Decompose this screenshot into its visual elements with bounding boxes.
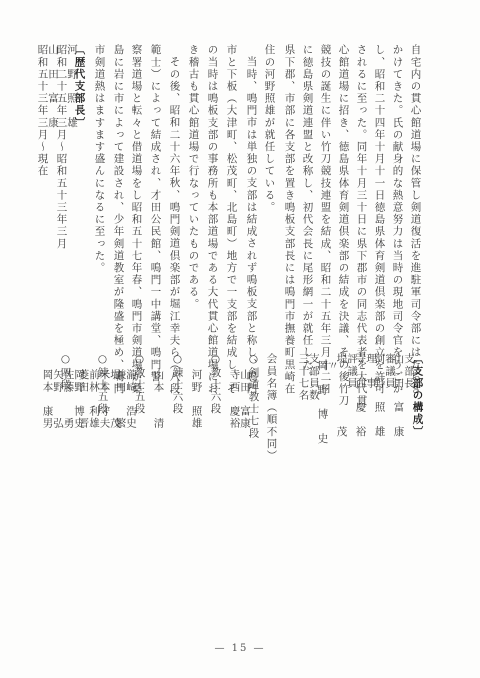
member-row: 山本 清 (153, 369, 164, 430)
history-line: 市と下板（大津町、松茂町、北島町）地方で一支部を結成し、そ (226, 44, 237, 395)
member-name: 岡野 博史 (74, 369, 85, 430)
member-name: 寺西 慶裕 (229, 369, 240, 452)
history-line: 市剣道熱はますます盛んになるに至った。 (94, 44, 105, 274)
history-line: 県下郡、市部に各支部を置き鳴板支部長には鳴門市撫養町黒崎在 (284, 44, 295, 395)
member-count: 支部員数 三十七名 (298, 353, 319, 419)
role-entry: 評議員 堤 茂 (336, 353, 357, 438)
role-label: 評議員 (347, 353, 358, 420)
past-head-name: 山 田 富 康 (48, 44, 59, 155)
history-line: 島に岩に市によって建設され、少年剣道教室が隆盛を極め、鳴門 (113, 44, 124, 395)
history-line: その後、昭和二十六年秋、鳴門剣道倶楽部が堀江幸夫ら（八段 (169, 56, 180, 395)
role-label: 審議員 (385, 353, 396, 420)
member-name: 堤 茂 (110, 369, 121, 430)
member-name: 米本 守夫 (99, 369, 110, 430)
past-head-entry: 河 野 照 雄 昭和二十五年三月〜昭和五十三年三月 (56, 44, 77, 250)
role-label: 支部長 (404, 353, 415, 420)
member-name: 河野 照雄 (191, 369, 202, 430)
history-line: 当時、鳴門市は単独の支部は結成されず鳴板支部と称し、鳴門 (246, 56, 257, 395)
member-name: 山本 清 (153, 369, 164, 430)
role-label: 理 事 (366, 353, 377, 420)
member-row: 河野 照雄 (191, 369, 202, 430)
history-line: 住の河野照雄が就任している。 (264, 44, 275, 213)
member-roster-heading: 会員名簿（順不同） (266, 353, 277, 462)
member-count-label: 支部員数 (309, 353, 320, 401)
rank-label: ○教士六段 (210, 353, 221, 415)
member-name: 前林 利雄 (89, 369, 100, 430)
member-row: 岡野 博史 佐藤 勇 矢野 弘 岡本 康男 (42, 369, 84, 452)
history-line: し、昭和二十四年十月十一日徳島県体育剣道倶楽部の創立を許可 (374, 44, 385, 395)
history-line: 察署道場と転々と借道場をし昭和五十七年春、鳴門市剣道場が桑 (131, 44, 142, 395)
member-name: 山田 富康 (240, 369, 251, 430)
history-line: かけてきた。氏の献身的な熱意努力は当時の現地司令官をうごか (392, 44, 403, 395)
history-line: 自宅内の貫心館道場に保管し剣道復活を進駐軍司令部にはたらき (410, 44, 421, 395)
member-name: 瀧崎 浩史 (126, 369, 137, 430)
member-name: 矢野 弘 (53, 369, 64, 430)
member-row: 山田 富康 寺西 慶裕 (229, 369, 250, 452)
history-line: き稽古も貫心館道場で行なっていたものである。 (188, 44, 199, 310)
history-line: 競技の誕生に伴い竹刀競技連盟を結成、昭和二十五年三月十二日 (320, 44, 331, 395)
history-line: 範士）によって結成され、才田公民館、鳴門一中講堂、鳴門警 (150, 44, 161, 383)
member-count-value: 三十七名 (298, 353, 309, 419)
page-number: — 15 — (0, 643, 480, 654)
history-line: に徳島県剣道連盟と改称し、初代会長に尾形網一が就任した。 (302, 44, 313, 383)
role-entry: 審議員 河 野 照 雄 (374, 353, 395, 438)
past-head-term: 昭和五十三年三月〜現在 (37, 44, 48, 177)
role-label: 〃 (328, 360, 339, 419)
past-head-name: 河 野 照 雄 (67, 44, 78, 228)
rank-label: ○錬士六段 (172, 353, 183, 415)
role-entry: 理 事 寺 西 慶 裕 (355, 353, 376, 438)
member-name: 岡本 康男 (42, 369, 53, 452)
member-name: 佐藤 勇 (63, 369, 74, 430)
history-line: の当時は鳴板支部の事務所も本部道場である大代貫心館道場にお (207, 44, 218, 395)
past-head-entry: 山 田 富 康 昭和五十三年三月〜現在 (37, 44, 58, 177)
role-entry: 支部長 山 田 富 康 (393, 353, 414, 438)
role-entry: 〃 岡 野 博 史 (317, 360, 338, 445)
